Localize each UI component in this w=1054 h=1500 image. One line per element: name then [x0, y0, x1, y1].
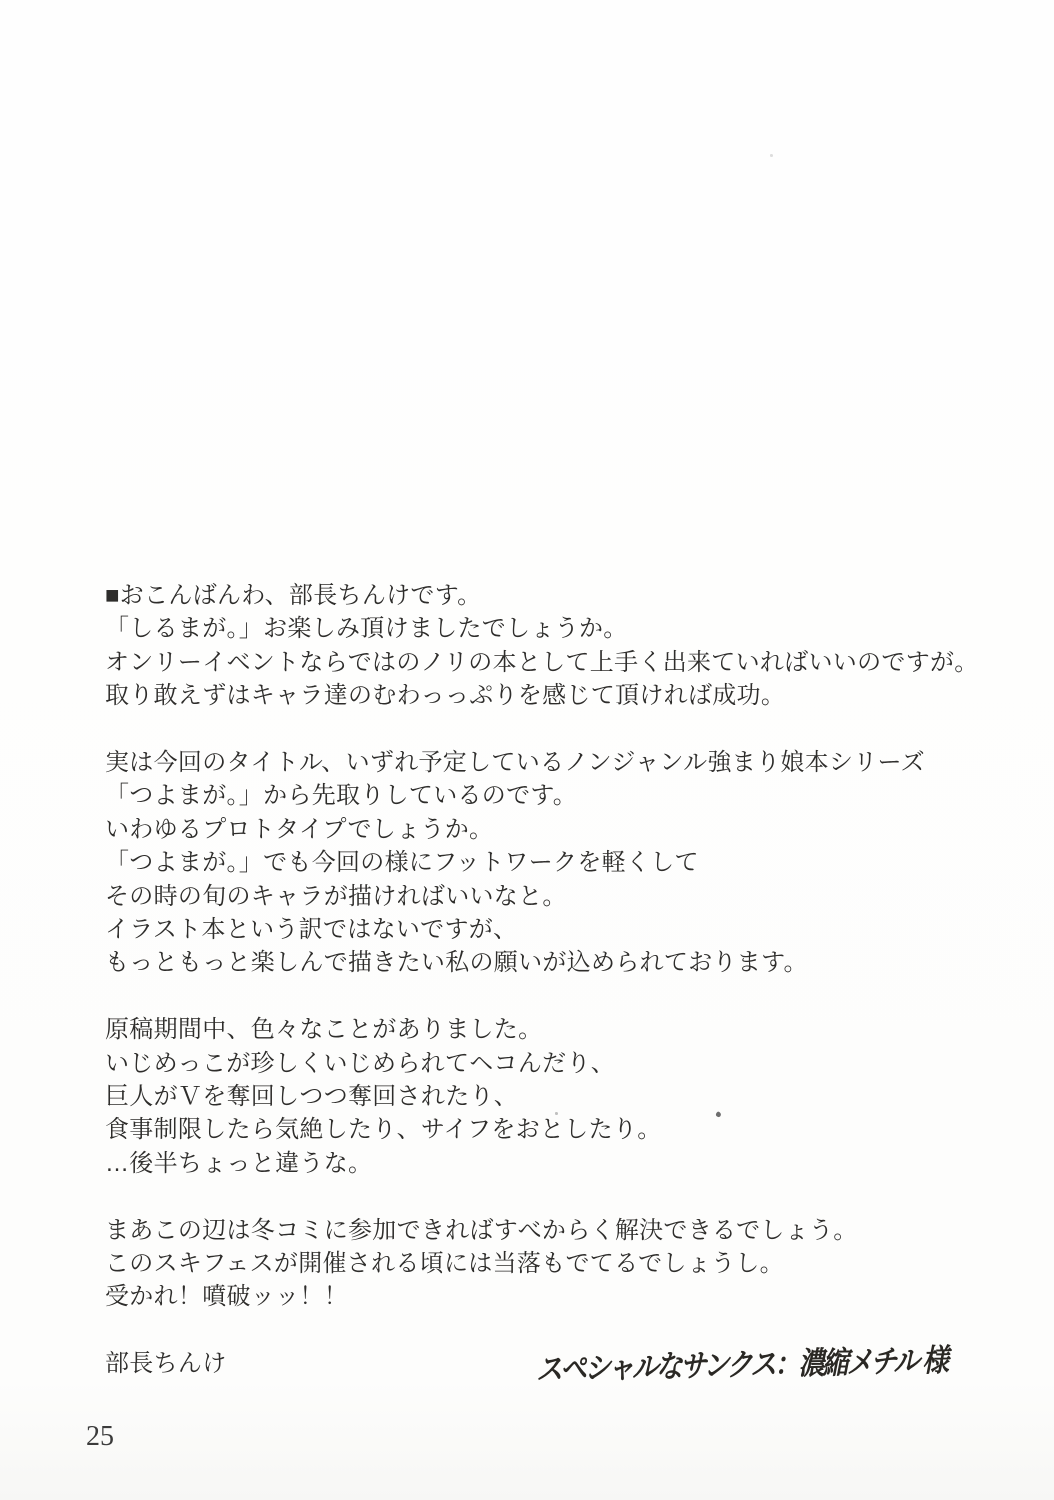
afterword-text: ■おこんばんわ、部長ちんけです。 「しるまが。」お楽しみ頂けましたでしょうか。 …	[105, 579, 985, 1381]
scan-speck	[770, 154, 773, 157]
afterword-line: まあこの辺は冬コミに参加できればすべからく解決できるでしょう。	[105, 1214, 985, 1247]
afterword-paragraph: 実は今回のタイトル、いずれ予定しているノンジャンル強まり娘本シリーズ 「つよまが…	[105, 746, 985, 980]
afterword-line: いじめっこが珍しくいじめられてヘコんだり、	[105, 1047, 985, 1080]
afterword-line: 受かれ！噴破ッッ！！	[105, 1280, 985, 1313]
afterword-line: もっともっと楽しんで描きたい私の願いが込められております。	[105, 946, 985, 979]
afterword-line: イラスト本という訳ではないですが、	[105, 913, 985, 946]
afterword-line: 「つよまが。」から先取りしているのです。	[105, 779, 985, 812]
afterword-line: 「つよまが。」でも今回の様にフットワークを軽くして	[105, 846, 985, 879]
afterword-paragraph: まあこの辺は冬コミに参加できればすべからく解決できるでしょう。 このスキフェスが…	[105, 1214, 985, 1314]
scan-speck	[555, 1112, 558, 1115]
afterword-line: このスキフェスが開催される頃には当落もでてるでしょうし。	[105, 1247, 985, 1280]
page-number: 25	[86, 1421, 114, 1453]
afterword-line: オンリーイベントならではのノリの本として上手く出来ていればいいのですが。	[105, 646, 985, 679]
afterword-line: ■おこんばんわ、部長ちんけです。	[105, 579, 985, 612]
afterword-line: 実は今回のタイトル、いずれ予定しているノンジャンル強まり娘本シリーズ	[105, 746, 985, 779]
afterword-line: 「しるまが。」お楽しみ頂けましたでしょうか。	[105, 612, 985, 645]
afterword-line: その時の旬のキャラが描ければいいなと。	[105, 880, 985, 913]
scanned-page: ■おこんばんわ、部長ちんけです。 「しるまが。」お楽しみ頂けましたでしょうか。 …	[0, 0, 1054, 1500]
afterword-line: 原稿期間中、色々なことがありました。	[105, 1013, 985, 1046]
afterword-line: 食事制限したら気絶したり、サイフをおとしたり。	[105, 1113, 985, 1146]
afterword-line: いわゆるプロトタイプでしょうか。	[105, 813, 985, 846]
afterword-paragraph: ■おこんばんわ、部長ちんけです。 「しるまが。」お楽しみ頂けましたでしょうか。 …	[105, 579, 985, 713]
afterword-line: 巨人がＶを奪回しつつ奪回されたり、	[105, 1080, 985, 1113]
afterword-paragraph: 原稿期間中、色々なことがありました。 いじめっこが珍しくいじめられてヘコんだり、…	[105, 1013, 985, 1180]
afterword-line: …後半ちょっと違うな。	[105, 1147, 985, 1180]
handwritten-thanks-note: スペシャルなサンクス：濃縮メチル 様	[535, 1335, 946, 1389]
afterword-line: 取り敢えずはキャラ達のむわっっぷりを感じて頂ければ成功。	[105, 679, 985, 712]
